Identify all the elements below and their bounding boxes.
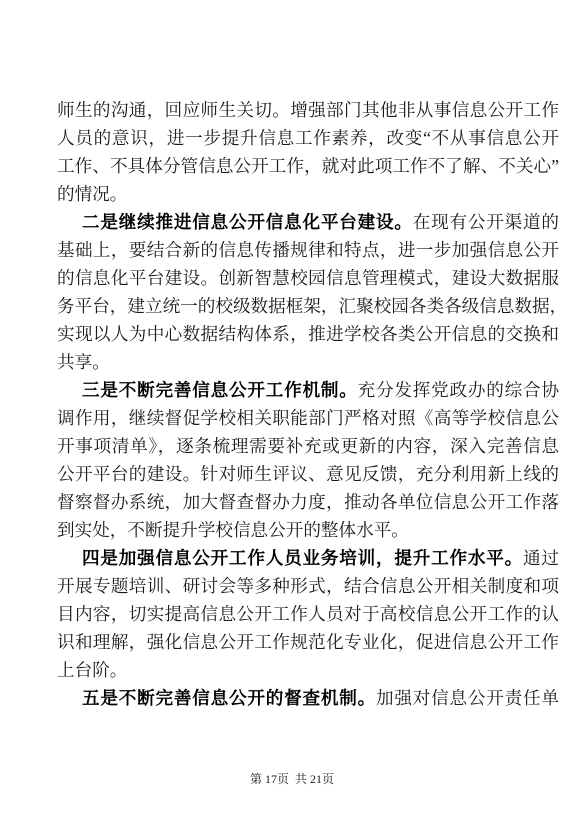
text-line: 调作用，继续督促学校相关职能部门严格对照《高等学校信息公 <box>57 404 559 432</box>
paragraph-text: 识和理解，强化信息公开工作规范化专业化，促进信息公开工作 <box>57 632 559 652</box>
paragraph-text: 督察督办系统，加大督查督办力度，推动各单位信息公开工作落 <box>57 492 559 512</box>
text-line: 到实处，不断提升学校信息公开的整体水平。 <box>57 516 559 544</box>
text-line: 工作、不具体分管信息公开工作，就对此项工作不了解、不关心” <box>57 152 559 180</box>
text-line: 督察督办系统，加大督查督办力度，推动各单位信息公开工作落 <box>57 488 559 516</box>
paragraph-lead-bold: 三是不断完善信息公开工作机制。 <box>82 380 358 400</box>
text-line: 务平台，建立统一的校级数据框架，汇聚校园各类各级信息数据， <box>57 292 559 320</box>
paragraph-text: 上台阶。 <box>57 660 127 680</box>
text-line: 开展专题培训、研讨会等多种形式，结合信息公开相关制度和项 <box>57 572 559 600</box>
paragraph-text: 通过 <box>523 548 559 568</box>
paragraph-text: 的情况。 <box>57 184 127 204</box>
paragraph-text: 开展专题培训、研讨会等多种形式，结合信息公开相关制度和项 <box>57 576 559 596</box>
paragraph: 五是不断完善信息公开的督查机制。加强对信息公开责任单 <box>57 684 559 712</box>
paragraph-text: 的信息化平台建设。创新智慧校园信息管理模式，建设大数据服 <box>57 268 559 288</box>
paragraph-text: 人员的意识，进一步提升信息工作素养，改变“不从事信息公开 <box>57 128 559 148</box>
paragraph: 四是加强信息公开工作人员业务培训，提升工作水平。通过开展专题培训、研讨会等多种形… <box>57 544 559 684</box>
paragraph-text: 共享。 <box>57 352 110 372</box>
text-line: 实现以人为中心数据结构体系，推进学校各类公开信息的交换和 <box>57 320 559 348</box>
page-number-footer: 第 17页 共 21页 <box>0 769 584 789</box>
paragraph-text: 工作、不具体分管信息公开工作，就对此项工作不了解、不关心” <box>57 156 559 176</box>
text-line: 基础上，要结合新的信息传播规律和特点，进一步加强信息公开 <box>57 236 559 264</box>
text-line: 四是加强信息公开工作人员业务培训，提升工作水平。通过 <box>57 544 559 572</box>
paragraph-text: 务平台，建立统一的校级数据框架，汇聚校园各类各级信息数据， <box>57 296 567 316</box>
paragraph-lead-bold: 二是继续推进信息公开信息化平台建设。 <box>82 212 413 232</box>
document-body: 师生的沟通，回应师生关切。增强部门其他非从事信息公开工作人员的意识，进一步提升信… <box>57 96 559 712</box>
paragraph: 师生的沟通，回应师生关切。增强部门其他非从事信息公开工作人员的意识，进一步提升信… <box>57 96 559 208</box>
text-line: 公开平台的建设。针对师生评议、意见反馈，充分利用新上线的 <box>57 460 559 488</box>
text-line: 五是不断完善信息公开的督查机制。加强对信息公开责任单 <box>57 684 559 712</box>
paragraph-text: 公开平台的建设。针对师生评议、意见反馈，充分利用新上线的 <box>57 464 559 484</box>
text-line: 上台阶。 <box>57 656 559 684</box>
text-line: 三是不断完善信息公开工作机制。充分发挥党政办的综合协 <box>57 376 559 404</box>
text-line: 的信息化平台建设。创新智慧校园信息管理模式，建设大数据服 <box>57 264 559 292</box>
paragraph-text: 基础上，要结合新的信息传播规律和特点，进一步加强信息公开 <box>57 240 559 260</box>
text-line: 目内容，切实提高信息公开工作人员对于高校信息公开工作的认 <box>57 600 559 628</box>
paragraph-lead-bold: 四是加强信息公开工作人员业务培训，提升工作水平。 <box>82 548 523 568</box>
text-line: 的情况。 <box>57 180 559 208</box>
paragraph-text: 开事项清单》，逐条梳理需要补充或更新的内容，深入完善信息 <box>57 436 559 456</box>
paragraph-text: 师生的沟通，回应师生关切。增强部门其他非从事信息公开工作 <box>57 100 559 120</box>
text-line: 开事项清单》，逐条梳理需要补充或更新的内容，深入完善信息 <box>57 432 559 460</box>
paragraph-text: 实现以人为中心数据结构体系，推进学校各类公开信息的交换和 <box>57 324 559 344</box>
paragraph-text: 目内容，切实提高信息公开工作人员对于高校信息公开工作的认 <box>57 604 559 624</box>
text-line: 二是继续推进信息公开信息化平台建设。在现有公开渠道的 <box>57 208 559 236</box>
paragraph-text: 到实处，不断提升学校信息公开的整体水平。 <box>57 520 409 540</box>
text-line: 识和理解，强化信息公开工作规范化专业化，促进信息公开工作 <box>57 628 559 656</box>
text-line: 师生的沟通，回应师生关切。增强部门其他非从事信息公开工作 <box>57 96 559 124</box>
paragraph-text: 调作用，继续督促学校相关职能部门严格对照《高等学校信息公 <box>57 408 559 428</box>
paragraph: 三是不断完善信息公开工作机制。充分发挥党政办的综合协调作用，继续督促学校相关职能… <box>57 376 559 544</box>
document-page: 师生的沟通，回应师生关切。增强部门其他非从事信息公开工作人员的意识，进一步提升信… <box>0 0 584 827</box>
paragraph-lead-bold: 五是不断完善信息公开的督查机制。 <box>82 688 376 708</box>
text-line: 人员的意识，进一步提升信息工作素养，改变“不从事信息公开 <box>57 124 559 152</box>
paragraph-text: 充分发挥党政办的综合协 <box>358 380 559 400</box>
text-line: 共享。 <box>57 348 559 376</box>
paragraph: 二是继续推进信息公开信息化平台建设。在现有公开渠道的基础上，要结合新的信息传播规… <box>57 208 559 376</box>
paragraph-text: 在现有公开渠道的 <box>413 212 559 232</box>
paragraph-text: 加强对信息公开责任单 <box>376 688 559 708</box>
